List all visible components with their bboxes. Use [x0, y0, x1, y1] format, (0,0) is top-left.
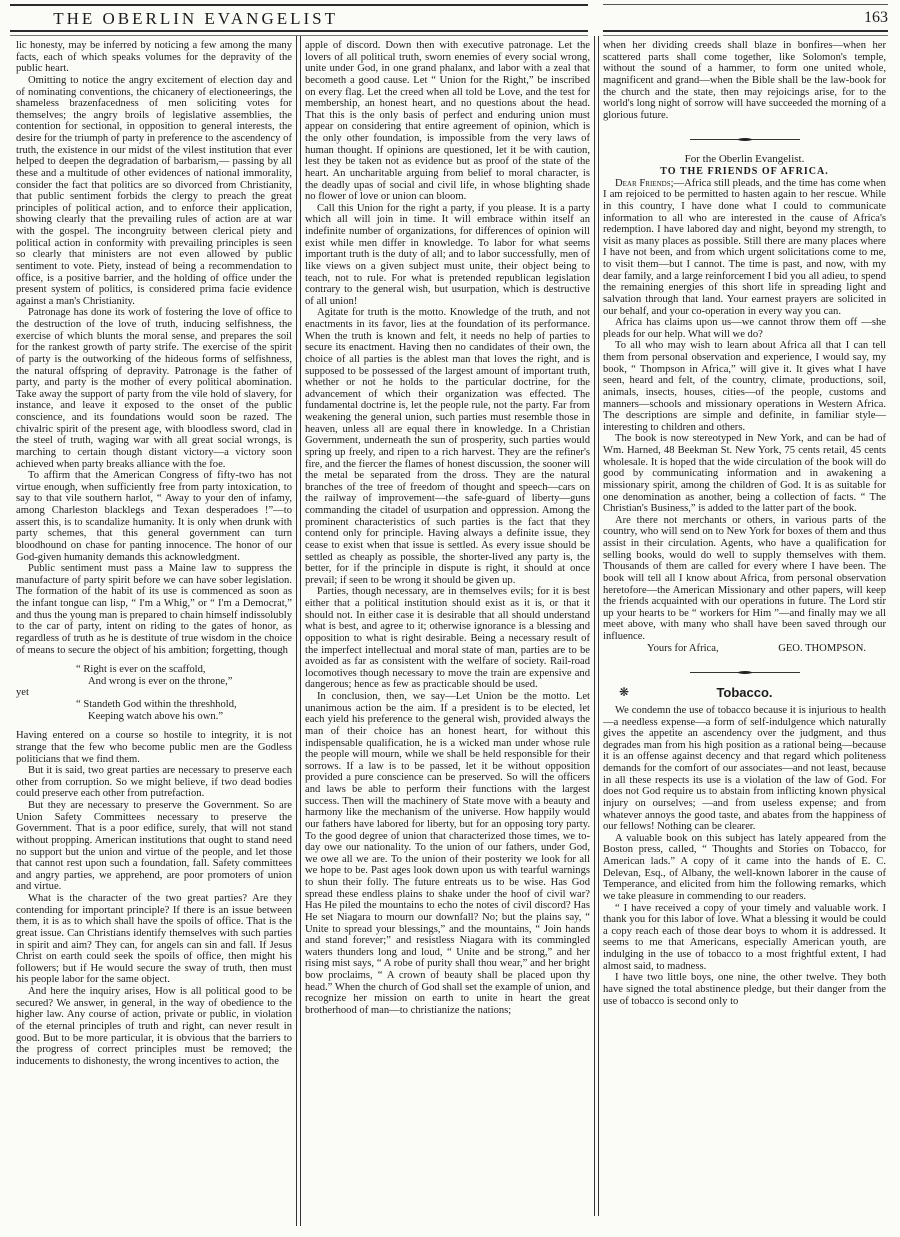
masthead-rule: [603, 4, 888, 5]
paragraph: But they are necessary to preserve the G…: [16, 800, 292, 893]
closing: Yours for Africa,: [647, 643, 719, 655]
salutation: Dear Friends;: [615, 178, 674, 189]
paragraph: Parties, though necessary, are in themse…: [305, 586, 590, 691]
paragraph: Omitting to notice the angry excitement …: [16, 75, 292, 308]
paragraph: Having entered on a course so hostile to…: [16, 730, 292, 765]
verse-line: “ Standeth God within the threshhold,: [16, 699, 292, 711]
paragraph: In conclusion, then, we say—Let Union be…: [305, 691, 590, 1017]
column-1: lic honesty, may be inferred by noticing…: [16, 40, 292, 1067]
paragraph: I have two little boys, one nine, the ot…: [603, 972, 886, 1007]
paragraph: A valuable book on this subject has late…: [603, 833, 886, 903]
article-heading-text: Tobacco.: [716, 685, 772, 700]
column-divider: [296, 36, 301, 1226]
paragraph: Are there not merchants or others, in va…: [603, 515, 886, 643]
paragraph: Public sentiment must pass a Maine law t…: [16, 563, 292, 656]
article-heading: ❋ Tobacco.: [603, 687, 886, 699]
column-divider: [594, 36, 599, 1216]
article-heading: TO THE FRIENDS OF AFRICA.: [603, 166, 886, 178]
column-3: when her dividing creeds shall blaze in …: [603, 40, 886, 1007]
column-2: apple of discord. Down then with executi…: [305, 40, 590, 1017]
masthead-rule: [10, 4, 588, 6]
paragraph: lic honesty, may be inferred by noticing…: [16, 40, 292, 75]
paragraph: And here the inquiry arises, How is all …: [16, 986, 292, 1067]
paragraph: Africa has claims upon us—we cannot thro…: [603, 317, 886, 340]
verse-line: Keeping watch above his own.”: [16, 711, 292, 723]
paragraph: Dear Friends;—Africa still pleads, and t…: [603, 178, 886, 318]
paragraph: Agitate for truth is the motto. Knowledg…: [305, 307, 590, 586]
paragraph: Patronage has done its work of fostering…: [16, 307, 292, 470]
verse-line: And wrong is ever on the throne,”: [16, 676, 292, 688]
paragraph: “ I have received a copy of your timely …: [603, 903, 886, 973]
newspaper-title: THE OBERLIN EVANGELIST: [0, 9, 588, 29]
paragraph: The book is now stereotyped in New York,…: [603, 433, 886, 514]
verse-quote: “ Right is ever on the scaffold, And wro…: [16, 664, 292, 722]
masthead: THE OBERLIN EVANGELIST 163: [0, 0, 900, 30]
verse-connector: yet: [16, 687, 292, 699]
masthead-rule: [603, 30, 888, 36]
signature-block: Yours for Africa, GEO. THOMPSON.: [603, 643, 886, 655]
paragraph: Call this Union for the right a party, i…: [305, 203, 590, 308]
paragraph: What is the character of the two great p…: [16, 893, 292, 986]
signature: GEO. THOMPSON.: [778, 643, 866, 655]
paragraph: apple of discord. Down then with executi…: [305, 40, 590, 203]
section-separator: [690, 139, 800, 140]
paragraph-text: —Africa still pleads, and the time has c…: [603, 178, 886, 317]
ink-blot-icon: ❋: [619, 687, 629, 699]
verse-line: “ Right is ever on the scaffold,: [16, 664, 292, 676]
paragraph: To affirm that the American Congress of …: [16, 470, 292, 563]
article-byline: For the Oberlin Evangelist.: [603, 154, 886, 166]
page-number: 163: [864, 9, 888, 27]
paragraph: To all who may wish to learn about Afric…: [603, 340, 886, 433]
paragraph: But it is said, two great parties are ne…: [16, 765, 292, 800]
newspaper-title-text: THE OBERLIN EVANGELIST: [53, 9, 338, 29]
paragraph: We condemn the use of tobacco because it…: [603, 705, 886, 833]
section-separator: [690, 672, 800, 673]
article-friends-of-africa: For the Oberlin Evangelist. TO THE FRIEN…: [603, 154, 886, 654]
article-tobacco: ❋ Tobacco. We condemn the use of tobacco…: [603, 687, 886, 1007]
paragraph: when her dividing creeds shall blaze in …: [603, 40, 886, 121]
